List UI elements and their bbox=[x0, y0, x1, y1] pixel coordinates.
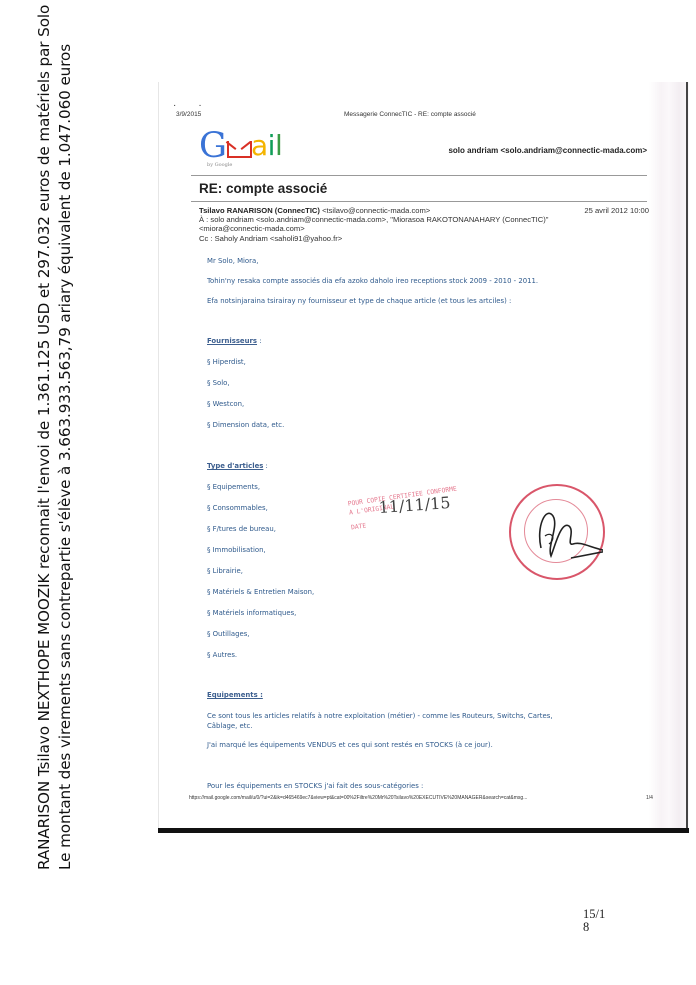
list-item: § Consommables, bbox=[207, 504, 268, 512]
email-date: 25 avril 2012 10:00 bbox=[584, 206, 649, 215]
scan-marks: ·· bbox=[173, 100, 224, 111]
email-to-2: <miora@connectic-mada.com> bbox=[199, 224, 649, 233]
equipements-heading: Equipements : bbox=[207, 691, 263, 699]
print-page-number: 1/4 bbox=[646, 795, 653, 801]
sender-email: <tsilavo@connectic-mada.com> bbox=[320, 206, 430, 215]
types-heading: Type d'articles bbox=[207, 462, 263, 470]
divider bbox=[191, 201, 647, 202]
gmail-logo-i: i bbox=[268, 129, 275, 162]
eq-paragraph-3: Pour les équipements en STOCKS j'ai fait… bbox=[207, 782, 423, 790]
list-item: § Solo, bbox=[207, 379, 230, 387]
scan-border-right bbox=[686, 82, 688, 832]
certification-stamp: POUR COPIE CERTIFIEE CONFORME A L'ORIGIN… bbox=[347, 485, 460, 533]
list-item: § Dimension data, etc. bbox=[207, 421, 284, 429]
gmail-logo-l: l bbox=[275, 129, 282, 162]
paragraph-1: Tohin'ny resaka compte associés dia efa … bbox=[207, 277, 538, 285]
list-item: § Immobilisation, bbox=[207, 546, 266, 554]
caption-line-1: RANARISON Tsilavo NEXTHOPE MOOZIK reconn… bbox=[34, 70, 55, 870]
list-item: § Equipements, bbox=[207, 483, 260, 491]
list-item: § Hiperdist, bbox=[207, 358, 246, 366]
gmail-envelope-icon bbox=[227, 141, 250, 158]
divider bbox=[191, 175, 647, 176]
fournisseurs-heading: Fournisseurs bbox=[207, 337, 257, 345]
eq-paragraph-2: J'ai marqué les équipements VENDUS et ce… bbox=[207, 741, 493, 749]
email-cc: Cc : Saholy Andriam <saholi91@yahoo.fr> bbox=[199, 234, 649, 243]
print-date: 3/9/2015 bbox=[176, 111, 201, 118]
bailiff-seal bbox=[509, 484, 605, 580]
gmail-logo-a: a bbox=[251, 129, 268, 162]
gmail-tagline: by Google bbox=[207, 162, 232, 168]
print-url: https://mail.google.com/mail/u/0/?ui=2&i… bbox=[189, 795, 527, 801]
page-folio: 15/1 8 bbox=[583, 908, 605, 934]
handwritten-date: 11/11/15 bbox=[378, 498, 450, 512]
folio-line-2: 8 bbox=[583, 921, 605, 934]
scan-border-bottom bbox=[158, 828, 689, 833]
email-subject: RE: compte associé bbox=[199, 181, 327, 196]
list-item: § Outillages, bbox=[207, 630, 250, 638]
types-heading-row: Type d'articles : bbox=[207, 462, 268, 470]
scan-shading bbox=[649, 82, 689, 830]
list-item: § F/tures de bureau, bbox=[207, 525, 276, 533]
email-from: Tsilavo RANARISON (ConnecTIC) <tsilavo@c… bbox=[199, 206, 649, 215]
sender-name: Tsilavo RANARISON (ConnecTIC) bbox=[199, 206, 320, 215]
list-item: § Westcon, bbox=[207, 400, 244, 408]
account-identity: solo andriam <solo.andriam@connectic-mad… bbox=[448, 146, 647, 155]
list-item: § Matériels informatiques, bbox=[207, 609, 296, 617]
eq-paragraph-1a: Ce sont tous les articles relatifs à not… bbox=[207, 712, 553, 720]
signature-icon bbox=[511, 486, 603, 578]
scanned-email-printout: ·· 3/9/2015 Messagerie ConnecTIC - RE: c… bbox=[158, 82, 689, 830]
eq-paragraph-1b: Câblage, etc. bbox=[207, 722, 252, 730]
heading-colon: : bbox=[263, 462, 268, 470]
greeting: Mr Solo, Miora, bbox=[207, 257, 258, 265]
email-meta: Tsilavo RANARISON (ConnecTIC) <tsilavo@c… bbox=[199, 206, 649, 243]
heading-colon: : bbox=[257, 337, 262, 345]
print-title: Messagerie ConnecTIC - RE: compte associ… bbox=[344, 111, 476, 118]
email-to-1: À : solo andriam <solo.andriam@connectic… bbox=[199, 215, 649, 224]
list-item: § Autres. bbox=[207, 651, 237, 659]
side-caption: RANARISON Tsilavo NEXTHOPE MOOZIK reconn… bbox=[34, 70, 76, 870]
fournisseurs-heading-row: Fournisseurs : bbox=[207, 337, 262, 345]
gmail-logo-g: G bbox=[199, 126, 227, 166]
caption-line-2: Le montant des virements sans contrepart… bbox=[55, 70, 76, 870]
paragraph-2: Efa notsinjaraina tsirairay ny fournisse… bbox=[207, 297, 511, 305]
list-item: § Matériels & Entretien Maison, bbox=[207, 588, 314, 596]
list-item: § Librairie, bbox=[207, 567, 243, 575]
